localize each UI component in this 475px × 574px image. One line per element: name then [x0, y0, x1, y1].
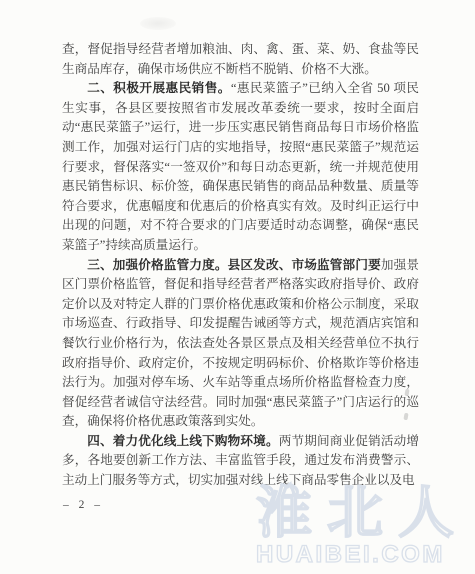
scan-smudge	[140, 17, 176, 30]
scanned-document-page: 查，督促指导经营者增加粮油、肉、禽、蛋、菜、奶、食盐等民生商品库存，确保市场供应…	[0, 0, 475, 574]
watermark-chinese-text: 淮北人	[256, 486, 471, 542]
site-watermark: 淮北人 HUAIBEI.COM	[256, 486, 471, 567]
paragraph-text: 加强景区门票价格监管，督促和指导经营者严格落实政府指导价、政府定价以及对特定人群…	[62, 258, 419, 429]
document-body: 查，督促指导经营者增加粮油、肉、禽、蛋、菜、奶、食盐等民生商品库存，确保市场供应…	[62, 40, 419, 491]
paragraph-section-2: 二、积极开展惠民销售。“惠民菜篮子”已纳入全省 50 项民生实事，各县区要按照省…	[62, 79, 419, 255]
page-number: – 2 –	[63, 499, 104, 511]
paragraph-text: “惠民菜篮子”已纳入全省 50 项民生实事，各县区要按照省市发展改革委统一要求，…	[62, 81, 419, 252]
paragraph-text: 查，督促指导经营者增加粮油、肉、禽、蛋、菜、奶、食盐等民生商品库存，确保市场供应…	[62, 42, 419, 76]
watermark-domain-text: HUAIBEI.COM	[256, 543, 471, 567]
section-3-heading: 三、加强价格监管力度。县区发改、市场监管部门要	[87, 258, 381, 272]
paragraph-section-3: 三、加强价格监管力度。县区发改、市场监管部门要加强景区门票价格监管，督促和指导经…	[62, 256, 419, 432]
section-2-heading: 二、积极开展惠民销售。	[87, 81, 231, 95]
paragraph-continuation: 查，督促指导经营者增加粮油、肉、禽、蛋、菜、奶、食盐等民生商品库存，确保市场供应…	[62, 40, 419, 79]
section-4-heading: 四、着力优化线上线下购物环境。	[87, 434, 279, 448]
paragraph-section-4: 四、着力优化线上线下购物环境。两节期间商业促销活动增多，各地要创新工作方法、丰富…	[62, 432, 419, 491]
